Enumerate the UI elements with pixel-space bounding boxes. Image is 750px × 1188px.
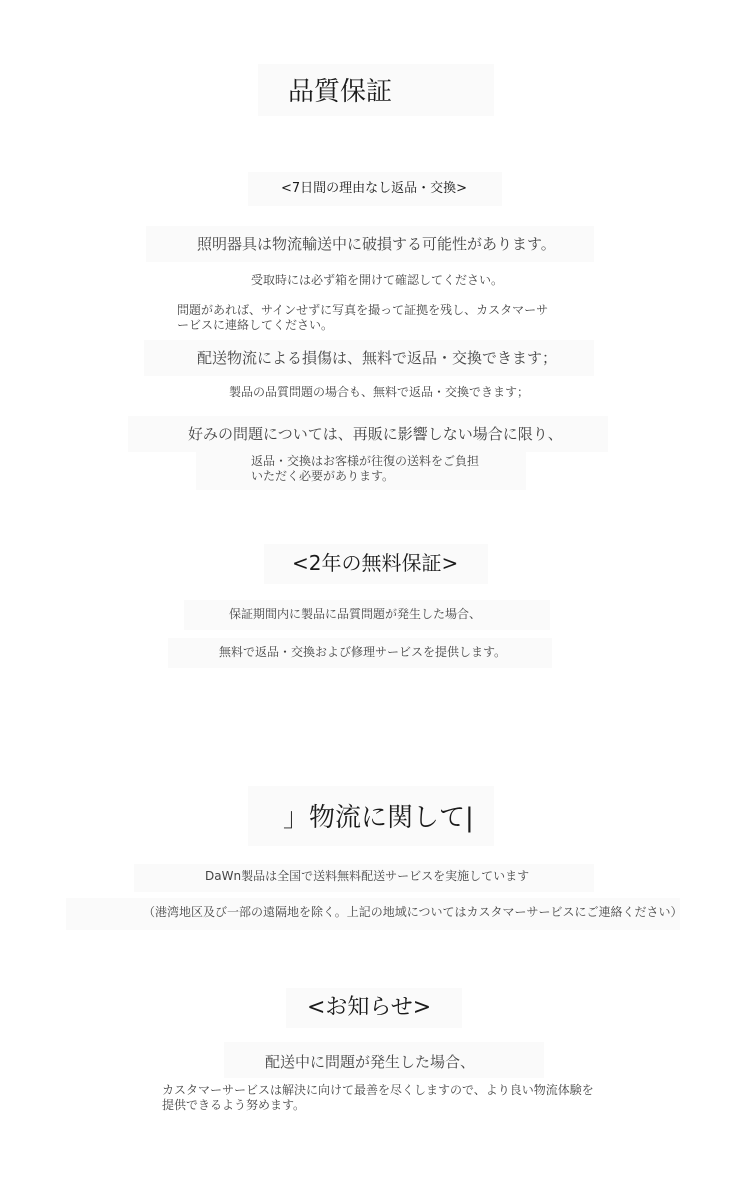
contact-support-text: 問題があれば、サインせずに写真を撮って証拠を残し、カスタマーサービスに連絡してく… (177, 303, 553, 333)
free-shipping-text: DaWn製品は全国で送料無料配送サービスを実施しています (205, 869, 529, 884)
customer-service-commitment-text: カスタマーサービスは解決に向けて最善を尽くしますので、より良い物流体験を提供でき… (162, 1083, 598, 1113)
logistics-heading: 」物流に関して| (283, 802, 474, 835)
quality-issue-text: 製品の品質問題の場合も、無料で返品・交換できます； (229, 385, 529, 400)
warranty-condition-text: 保証期間内に製品に品質問題が発生した場合、 (229, 607, 481, 622)
notice-heading: <お知らせ> (307, 994, 431, 1022)
shipping-exclusion-text: （港湾地区及び一部の遠隔地を除く。上記の地域についてはカスタマーサービスにご連絡… (143, 905, 683, 920)
preference-issue-text: 好みの問題については、再販に影響しない場合に限り、 (188, 425, 563, 444)
return-policy-heading: <7日間の理由なし返品・交換> (281, 181, 467, 197)
inspect-on-receipt-text: 受取時には必ず箱を開けて確認してください。 (251, 273, 503, 288)
delivery-problem-text: 配送中に問題が発生した場合、 (265, 1053, 475, 1072)
warranty-heading: <2年の無料保証> (292, 551, 458, 576)
return-shipping-cost-text: 返品・交換はお客様が往復の送料をご負担いただく必要があります。 (251, 454, 487, 484)
damage-warning-text: 照明器具は物流輸送中に破損する可能性があります。 (197, 235, 556, 254)
page-title: 品質保証 (288, 76, 392, 109)
shipping-damage-text: 配送物流による損傷は、無料で返品・交換できます； (197, 349, 557, 368)
warranty-service-text: 無料で返品・交換および修理サービスを提供します。 (219, 645, 506, 660)
